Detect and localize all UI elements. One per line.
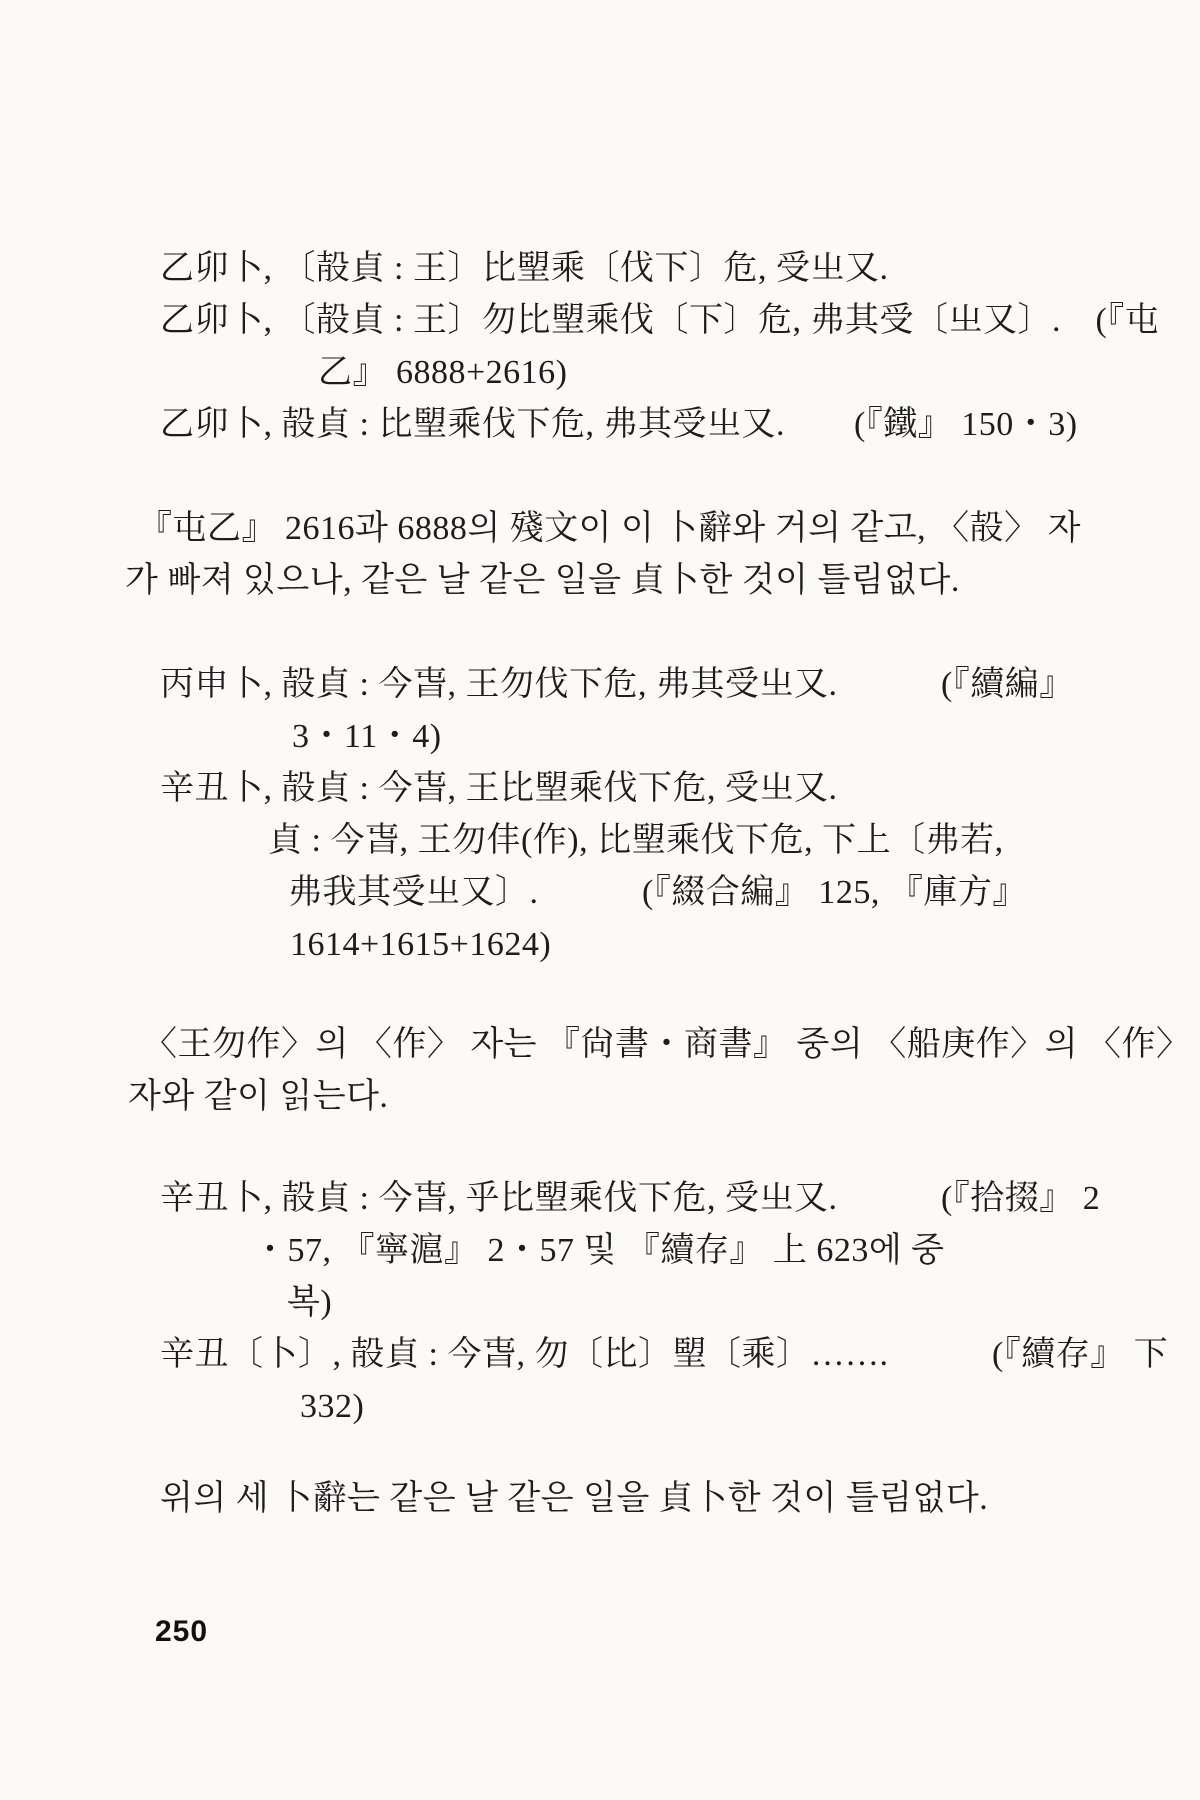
- body-text-line: 〈王勿作〉의 〈作〉 자는 『尙書・商書』 중의 〈船庚作〉의 〈作〉: [0, 1019, 1200, 1071]
- oracle-quote-block-3: 辛丑卜, 㱿貞 : 今旾, 乎比朢乘伐下危, 受㞢又. (『拾掇』 2・57, …: [0, 1173, 1200, 1433]
- oracle-text-line: 弗我其受㞢又〕. (『綴合編』 125, 『庫方』: [0, 867, 1200, 919]
- oracle-quote-block-2: 丙申卜, 㱿貞 : 今旾, 王勿伐下危, 弗其受㞢又. (『續編』3・11・4)…: [0, 659, 1200, 971]
- oracle-text-line: 1614+1615+1624): [0, 919, 1200, 971]
- oracle-quote-block-1: 乙卯卜, 〔㱿貞 : 王〕比朢乘〔伐下〕危, 受㞢又.乙卯卜, 〔㱿貞 : 王〕…: [0, 243, 1200, 451]
- oracle-text-line: ・57, 『寧滬』 2・57 및 『續存』 上 623에 중: [0, 1225, 1200, 1277]
- body-text-line: 가 빠져 있으나, 같은 날 같은 일을 貞卜한 것이 틀림없다.: [0, 555, 1200, 607]
- oracle-text-line: 辛丑卜, 㱿貞 : 今旾, 乎比朢乘伐下危, 受㞢又. (『拾掇』 2: [0, 1173, 1200, 1225]
- body-text-line: 자와 같이 읽는다.: [0, 1071, 1200, 1123]
- oracle-text-line: 332): [0, 1381, 1200, 1433]
- page-content: 乙卯卜, 〔㱿貞 : 王〕比朢乘〔伐下〕危, 受㞢又.乙卯卜, 〔㱿貞 : 王〕…: [0, 243, 1200, 1525]
- body-text-line: 위의 세 卜辭는 같은 날 같은 일을 貞卜한 것이 틀림없다.: [0, 1473, 1200, 1525]
- oracle-text-line: 乙卯卜, 〔㱿貞 : 王〕勿比朢乘伐〔下〕危, 弗其受〔㞢又〕. (『屯: [0, 295, 1200, 347]
- book-page: 乙卯卜, 〔㱿貞 : 王〕比朢乘〔伐下〕危, 受㞢又.乙卯卜, 〔㱿貞 : 王〕…: [0, 0, 1200, 1800]
- oracle-text-line: 辛丑卜, 㱿貞 : 今旾, 王比朢乘伐下危, 受㞢又.: [0, 763, 1200, 815]
- oracle-text-line: 3・11・4): [0, 711, 1200, 763]
- oracle-text-line: 乙卯卜, 㱿貞 : 比朢乘伐下危, 弗其受㞢又. (『鐵』 150・3): [0, 399, 1200, 451]
- oracle-text-line: 丙申卜, 㱿貞 : 今旾, 王勿伐下危, 弗其受㞢又. (『續編』: [0, 659, 1200, 711]
- oracle-text-line: 복): [0, 1277, 1200, 1329]
- page-number: 250: [155, 1615, 208, 1649]
- body-text-line: 『屯乙』 2616과 6888의 殘文이 이 卜辭와 거의 같고, 〈㱿〉 자: [0, 503, 1200, 555]
- oracle-text-line: 貞 : 今旾, 王勿仹(作), 比朢乘伐下危, 下上〔弗若,: [0, 815, 1200, 867]
- korean-paragraph-1: 『屯乙』 2616과 6888의 殘文이 이 卜辭와 거의 같고, 〈㱿〉 자가…: [0, 503, 1200, 607]
- korean-paragraph-3: 위의 세 卜辭는 같은 날 같은 일을 貞卜한 것이 틀림없다.: [0, 1473, 1200, 1525]
- oracle-text-line: 辛丑〔卜〕, 㱿貞 : 今旾, 勿〔比〕朢〔乘〕……. (『續存』 下: [0, 1329, 1200, 1381]
- oracle-text-line: 乙卯卜, 〔㱿貞 : 王〕比朢乘〔伐下〕危, 受㞢又.: [0, 243, 1200, 295]
- korean-paragraph-2: 〈王勿作〉의 〈作〉 자는 『尙書・商書』 중의 〈船庚作〉의 〈作〉자와 같이…: [0, 1019, 1200, 1123]
- oracle-text-line: 乙』 6888+2616): [0, 347, 1200, 399]
